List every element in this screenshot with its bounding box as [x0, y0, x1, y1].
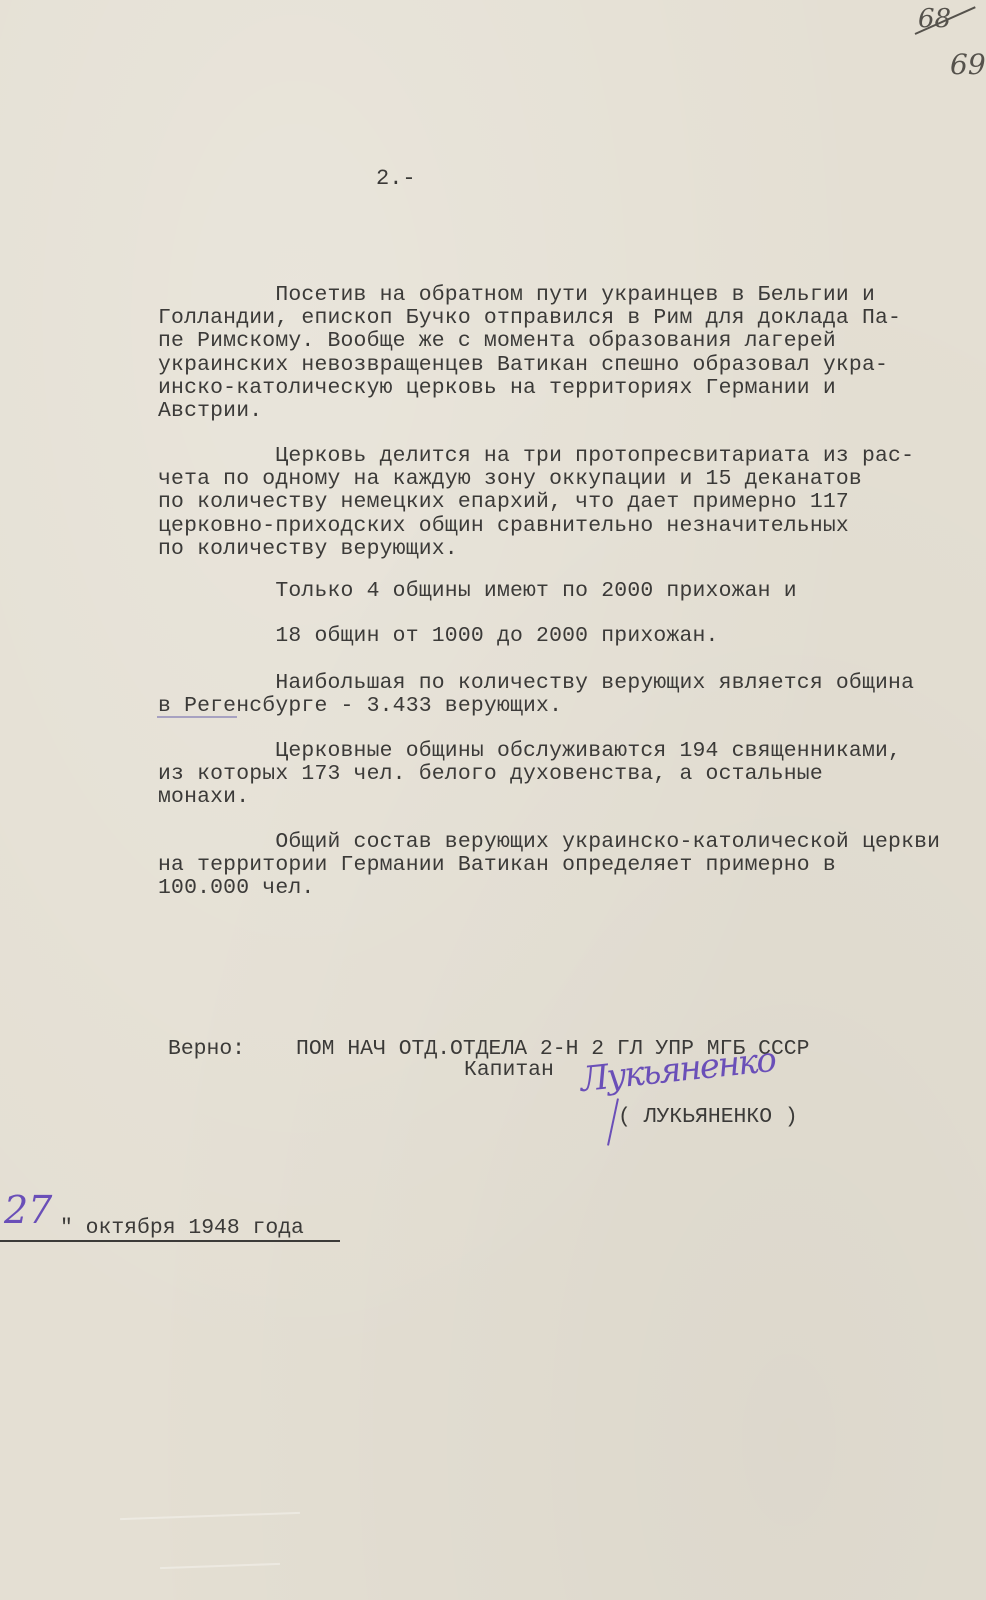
paragraph-bishop-buchko: Посетив на обратном пути украинцев в Бел…	[158, 284, 978, 423]
signer-name: ( ЛУКЬЯНЕНКО )	[618, 1106, 798, 1129]
date-text: " октября 1948 года	[60, 1216, 304, 1240]
signer-rank: Капитан	[464, 1059, 554, 1082]
document-page: 68 69 2.- Посетив на обратном пути украи…	[0, 0, 986, 1600]
paragraph-priests: Церковные общины обслуживаются 194 свяще…	[158, 740, 978, 810]
paragraph-church-structure: Церковь делится на три протопресвитариат…	[158, 445, 978, 561]
date-underline	[0, 1240, 340, 1242]
paragraph-regensburg: Наибольшая по количеству верующих являет…	[158, 672, 978, 718]
paper-crease	[120, 1512, 300, 1520]
date-day-handwritten: 27	[4, 1188, 52, 1232]
pencil-underline	[157, 716, 237, 718]
page-number: 2.-	[376, 166, 416, 191]
paragraph-large-communities: Только 4 общины имеют по 2000 прихожан и	[158, 580, 978, 603]
paragraph-total-believers: Общий состав верующих украинско-католиче…	[158, 831, 978, 901]
paragraph-medium-communities: 18 общин от 1000 до 2000 прихожан.	[158, 625, 978, 648]
verified-label: Верно:	[168, 1038, 245, 1061]
archive-sheet-number: 69	[950, 48, 986, 81]
paper-crease	[160, 1563, 280, 1569]
